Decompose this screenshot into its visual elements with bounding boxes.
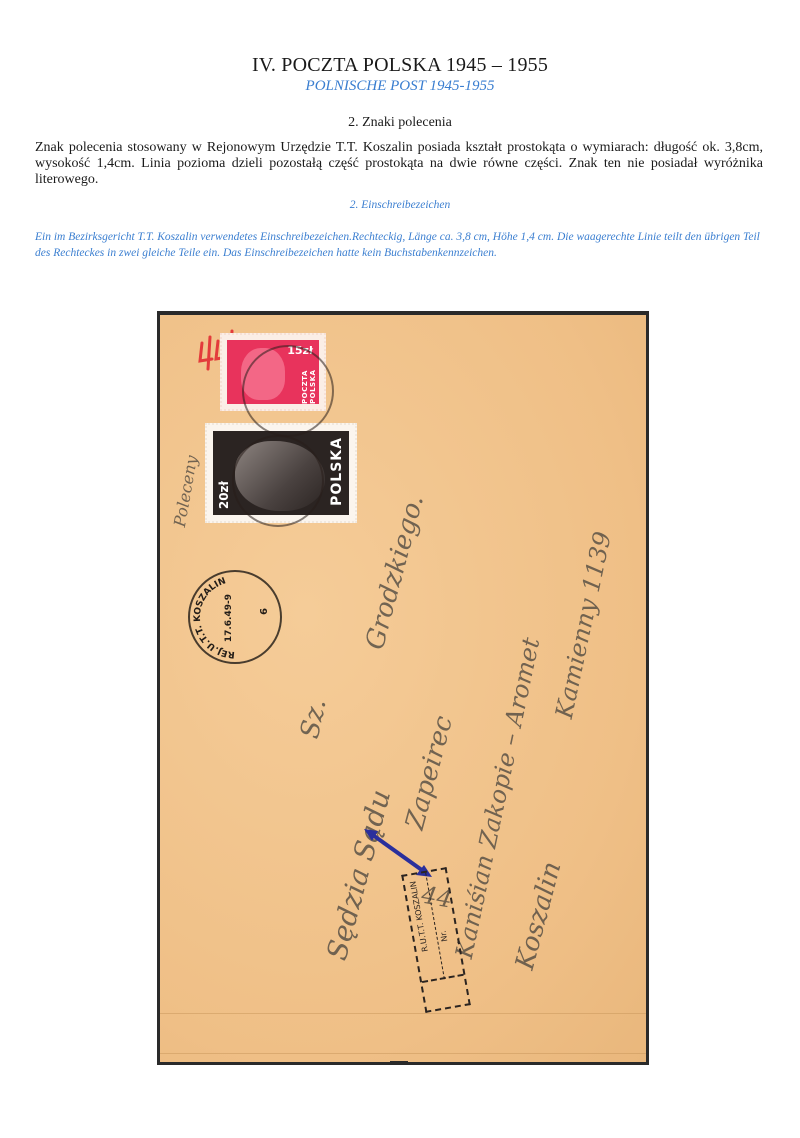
description-german: Ein im Bezirksgericht T.T. Koszalin verw… xyxy=(35,229,775,261)
handwriting-line: Zapeirec xyxy=(400,713,459,833)
handwriting-line: Grodzkiego. xyxy=(360,492,430,653)
postmark-on-stamp xyxy=(232,435,324,527)
postmark-on-stamp xyxy=(242,345,334,437)
handwriting-sender: Poleceny xyxy=(170,454,201,528)
page-title: IV. POCZTA POLSKA 1945 – 1955 xyxy=(0,54,800,77)
section-heading-german: 2. Einschreibezeichen xyxy=(0,199,800,211)
page-subtitle: POLNISCHE POST 1945-1955 xyxy=(0,78,800,95)
handwriting-line: Koszalin xyxy=(510,858,568,972)
section-heading: 2. Znaki polecenia xyxy=(0,115,800,131)
handwriting-line: Kamienny 1139 xyxy=(550,529,617,721)
description-polish: Znak polecenia stosowany w Rejonowym Urz… xyxy=(35,140,763,188)
handwriting-line: Sz. xyxy=(295,696,333,741)
koszalin-postmark: REJ.U.T.T. KOSZALIN 17.6.49-9 9 xyxy=(188,570,282,664)
envelope-image: 15zł POCZTA POLSKA POLSKA 20zł REJ.U.T.T… xyxy=(157,311,649,1065)
